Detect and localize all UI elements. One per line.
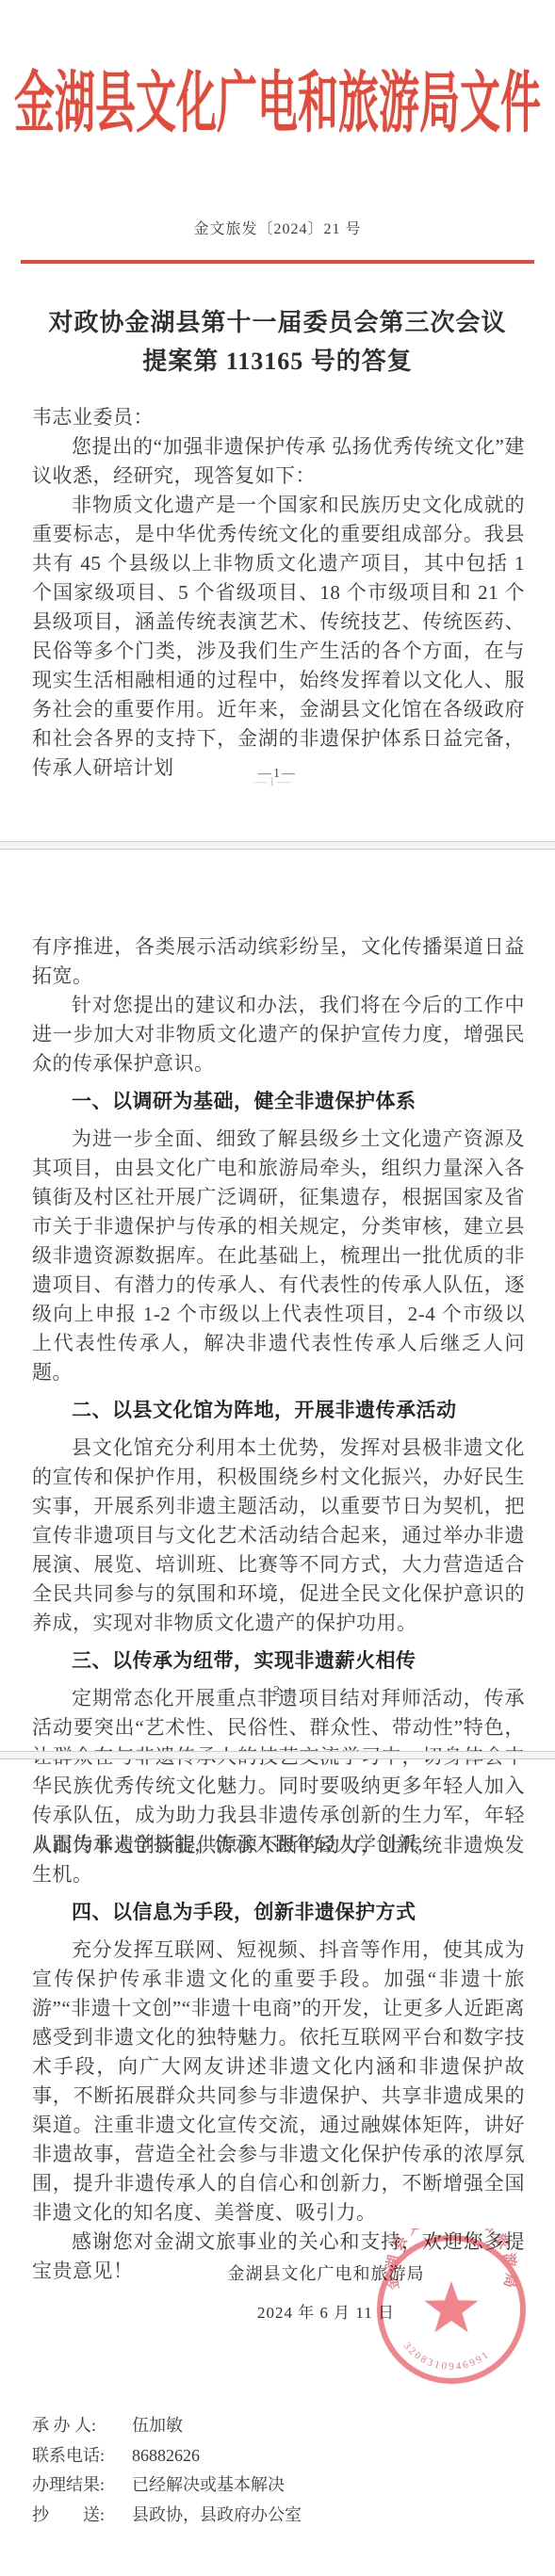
undertaker-label: 承 办 人: xyxy=(32,2411,122,2441)
body-paragraph: 非物质文化遗产是一个国家和民族历史文化成就的重要标志，是中华优秀传统文化的重要组… xyxy=(32,491,525,783)
agency-letterhead: 金湖县文化广电和旅游局文件 xyxy=(0,51,555,146)
body-paragraph: 从而为非遗创新提供源源不断的动力，让传统非遗焕发生机。 xyxy=(32,1831,525,1889)
document-title-line2: 提案第 113165 号的答复 xyxy=(0,342,555,381)
red-divider xyxy=(21,260,534,264)
body-paragraph: 为进一步全面、细致了解县级乡土文化遗产资源及其项目，由县文化广电和旅游局牵头，组… xyxy=(32,1125,525,1387)
body-paragraph: 针对您提出的建议和办法，我们将在今后的工作中进一步加大对非物质文化遗产的保护宣传… xyxy=(32,991,525,1078)
page2-body: 有序推进，各类展示活动缤彩纷呈，文化传播渠道日益拓宽。 针对您提出的建议和办法，… xyxy=(32,932,525,1859)
section-heading-1: 一、以调研为基础，健全非遗保护体系 xyxy=(32,1087,525,1116)
contact-phone-label: 联系电话: xyxy=(32,2441,122,2471)
copy-to-value: 县政协，县政府办公室 xyxy=(132,2501,302,2531)
page3-body: 从而为非遗创新提供源源不断的动力，让传统非遗焕发生机。 四、以信息为手段，创新非… xyxy=(32,1831,525,2286)
page-separator-2 xyxy=(0,1751,555,1759)
footer-info: 承 办 人: 伍加敏 联系电话: 86882626 办理结果: 已经解决或基本解… xyxy=(32,2411,525,2530)
handling-result-value: 已经解决或基本解决 xyxy=(132,2471,285,2501)
section-heading-2: 二、以县文化馆为阵地，开展非遗传承活动 xyxy=(32,1396,525,1425)
copy-to-label: 抄 送: xyxy=(32,2501,122,2531)
section-heading-4: 四、以信息为手段，创新非遗保护方式 xyxy=(32,1898,525,1927)
page1-body: 韦志业委员： 您提出的“加强非遗保护传承 弘扬优秀传统文化”建议收悉，经研究，现… xyxy=(32,403,525,783)
body-paragraph: 充分发挥互联网、短视频、抖音等作用，使其成为宣传保护传承非遗文化的重要手段。加强… xyxy=(32,1936,525,2228)
document-title-line1: 对政协金湖县第十一届委员会第三次会议 xyxy=(0,303,555,342)
undertaker-value: 伍加敏 xyxy=(132,2411,183,2441)
page-number-2: —2— xyxy=(0,1684,555,1699)
section-heading-3: 三、以传承为纽带，实现非遗薪火相传 xyxy=(32,1646,525,1676)
contact-phone-row: 联系电话: 86882626 xyxy=(32,2441,525,2471)
document-title: 对政协金湖县第十一届委员会第三次会议 提案第 113165 号的答复 xyxy=(0,303,555,381)
body-paragraph: 您提出的“加强非遗保护传承 弘扬优秀传统文化”建议收悉，经研究，现答复如下： xyxy=(32,432,525,491)
copy-to-row: 抄 送: 县政协，县政府办公室 xyxy=(32,2501,525,2531)
page-separator-1 xyxy=(0,841,555,850)
page-number-1: —1— xyxy=(0,767,555,782)
seal-star-icon xyxy=(425,2281,479,2332)
handling-result-label: 办理结果: xyxy=(32,2471,122,2501)
body-paragraph: 县文化馆充分利用本土优势，发挥对县极非遗文化的宣传和保护作用，积极围绕乡村文化振… xyxy=(32,1434,525,1638)
official-seal: 金湖县文化广电和旅游局 3208310946991 xyxy=(371,2228,530,2387)
handling-result-row: 办理结果: 已经解决或基本解决 xyxy=(32,2471,525,2501)
body-paragraph: 有序推进，各类展示活动缤彩纷呈，文化传播渠道日益拓宽。 xyxy=(32,932,525,991)
undertaker-row: 承 办 人: 伍加敏 xyxy=(32,2411,525,2441)
contact-phone-value: 86882626 xyxy=(132,2441,200,2471)
addressee: 韦志业委员： xyxy=(32,403,525,432)
scanned-official-document: 金湖县文化广电和旅游局文件 金文旅发〔2024〕21 号 对政协金湖县第十一届委… xyxy=(0,0,555,2576)
document-number: 金文旅发〔2024〕21 号 xyxy=(0,217,555,238)
